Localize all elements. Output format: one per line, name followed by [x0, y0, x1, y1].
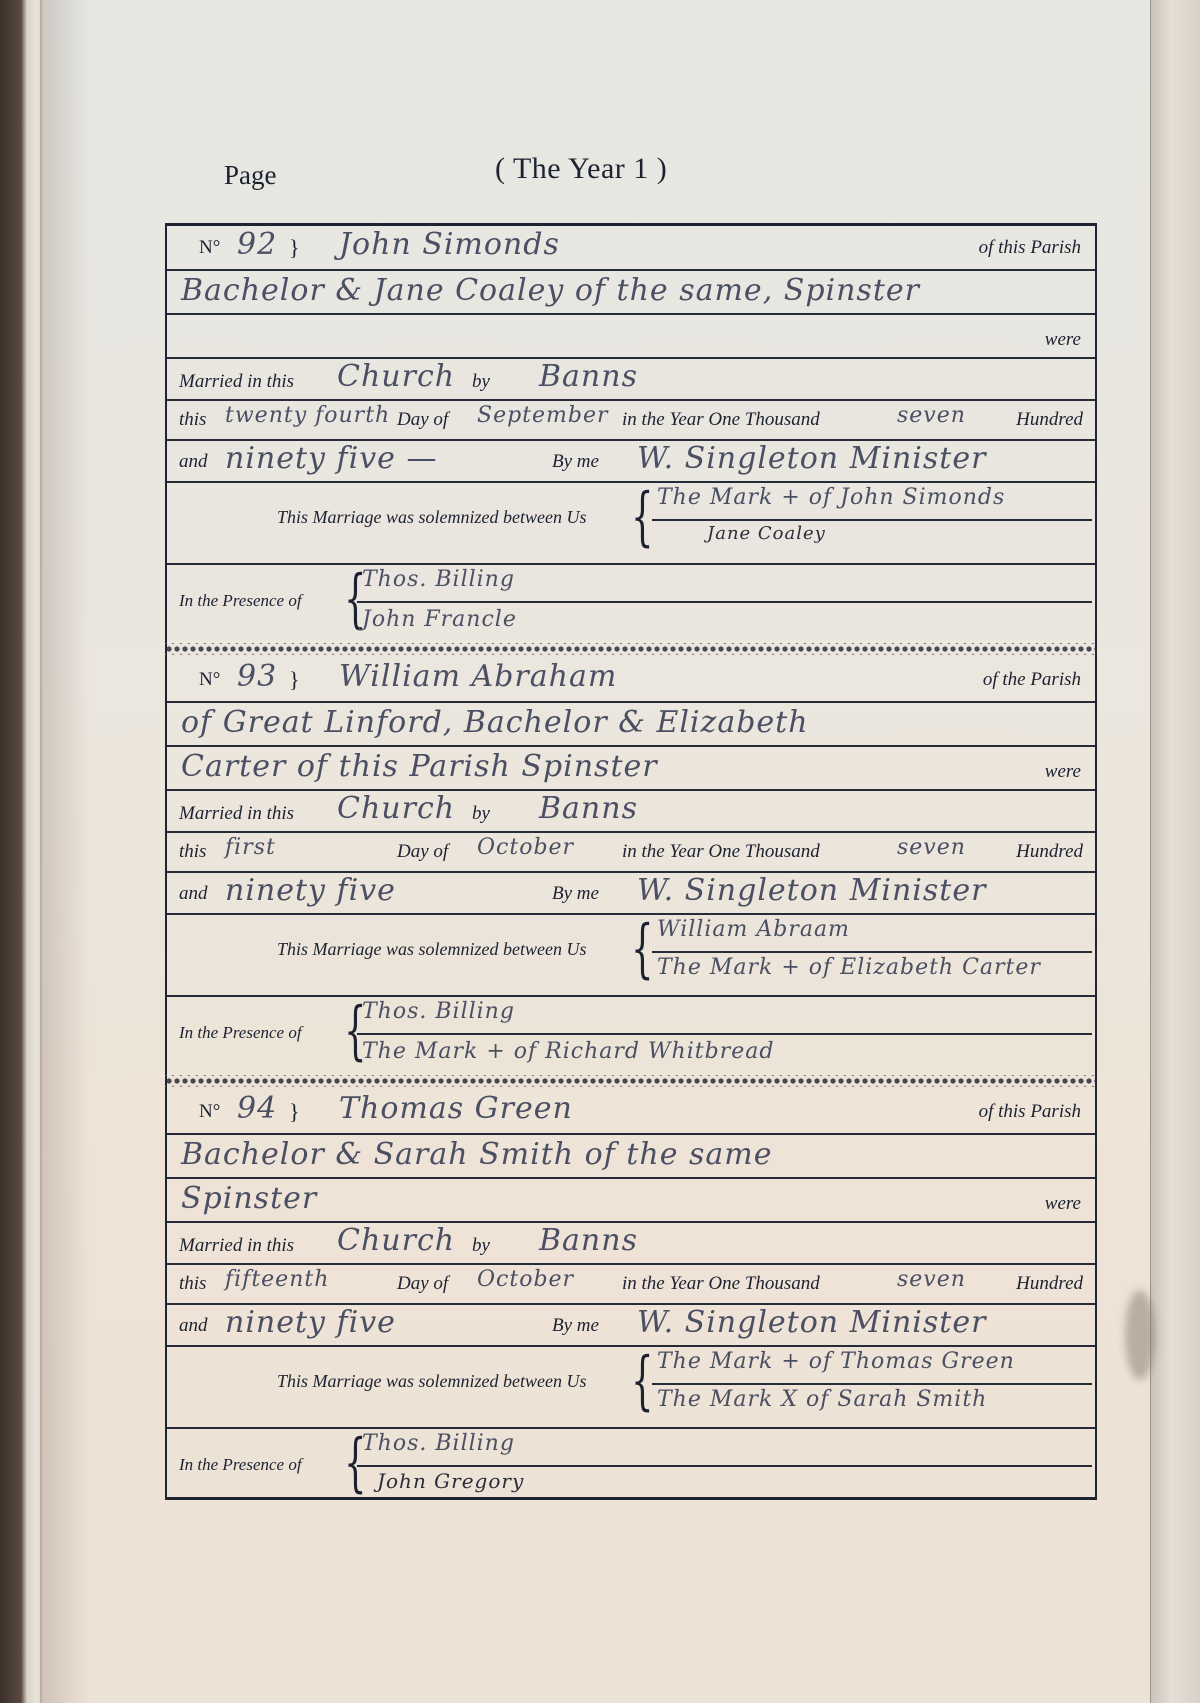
entry-number: 92: [237, 227, 277, 262]
signature-2: The Mark + of Elizabeth Carter: [657, 955, 1041, 980]
ornamental-divider: [165, 1075, 1097, 1087]
signature-divider: [652, 1383, 1092, 1385]
signature-2: The Mark X of Sarah Smith: [657, 1387, 987, 1412]
entry-header-row: N° 92 } John Simonds of this Parish: [167, 225, 1095, 271]
entry-header-row: N° 94 } Thomas Green of this Parish: [167, 1089, 1095, 1135]
parties-text: Bachelor & Sarah Smith of the same: [181, 1137, 772, 1172]
signature-2: Jane Coaley: [707, 523, 826, 544]
parties-continued-row: Spinster were: [167, 1177, 1095, 1223]
date-row: this fifteenth Day of October in the Yea…: [167, 1263, 1095, 1305]
by-label: by: [472, 371, 490, 393]
and-label: and: [179, 451, 208, 473]
day-value: first: [225, 835, 276, 860]
page-gutter-shadow: [40, 0, 90, 1703]
day-value: twenty fourth: [225, 403, 390, 428]
method-value: Banns: [539, 359, 638, 394]
century-value: seven: [897, 403, 966, 428]
minister-row: and ninety five By me W. Singleton Minis…: [167, 871, 1095, 915]
parties-row: Bachelor & Sarah Smith of the same: [167, 1133, 1095, 1179]
facing-page-edge: [1150, 0, 1200, 1703]
parties-continued-row: were: [167, 313, 1095, 359]
this-label: this: [179, 841, 206, 863]
place-value: Church: [337, 791, 455, 826]
hundred-label: Hundred: [1016, 1273, 1083, 1295]
presence-label: In the Presence of: [179, 591, 302, 611]
date-row: this first Day of October in the Year On…: [167, 831, 1095, 873]
witness-row: In the Presence of { Thos. Billing John …: [167, 1427, 1095, 1499]
parties-row: Bachelor & Jane Coaley of the same, Spin…: [167, 269, 1095, 315]
brace-mark: }: [289, 1099, 300, 1125]
number-prefix: N°: [199, 237, 220, 259]
groom-name: William Abraham: [339, 659, 617, 694]
parties-row: of Great Linford, Bachelor & Elizabeth: [167, 701, 1095, 747]
by-label: by: [472, 803, 490, 825]
minister-row: and ninety five By me W. Singleton Minis…: [167, 1303, 1095, 1347]
married-row: Married in this Church by Banns: [167, 789, 1095, 833]
were-label: were: [1045, 761, 1081, 783]
signature-divider: [652, 951, 1092, 953]
century-value: seven: [897, 835, 966, 860]
year-heading: ( The Year 1 ): [495, 152, 667, 186]
witness-1: Thos. Billing: [362, 567, 515, 592]
were-label: were: [1045, 329, 1081, 351]
ink-stain: [1125, 1290, 1155, 1380]
by-me-label: By me: [552, 451, 599, 473]
presence-label: In the Presence of: [179, 1023, 302, 1043]
married-row: Married in this Church by Banns: [167, 357, 1095, 401]
this-label: this: [179, 1273, 206, 1295]
month-value: September: [477, 403, 609, 428]
minister-row: and ninety five — By me W. Singleton Min…: [167, 439, 1095, 483]
parties-text-continued: Carter of this Parish Spinster: [181, 749, 658, 784]
place-value: Church: [337, 359, 455, 394]
and-label: and: [179, 1315, 208, 1337]
parish-label: of the Parish: [983, 669, 1081, 691]
witness-2: John Gregory: [377, 1469, 524, 1493]
signature-brace: {: [631, 485, 653, 549]
year-suffix-value: ninety five —: [225, 441, 437, 476]
day-of-label: Day of: [397, 1273, 448, 1295]
marriage-register-table: N° 92 } John Simonds of this Parish Bach…: [165, 225, 1097, 1500]
hundred-label: Hundred: [1016, 409, 1083, 431]
were-label: were: [1045, 1193, 1081, 1215]
married-row: Married in this Church by Banns: [167, 1221, 1095, 1265]
parties-text: Bachelor & Jane Coaley of the same, Spin…: [181, 273, 920, 308]
day-value: fifteenth: [225, 1267, 329, 1292]
parish-label: of this Parish: [979, 237, 1081, 259]
minister-signature: W. Singleton Minister: [637, 441, 986, 476]
number-prefix: N°: [199, 1101, 220, 1123]
parties-text: of Great Linford, Bachelor & Elizabeth: [181, 705, 809, 740]
by-me-label: By me: [552, 1315, 599, 1337]
date-row: this twenty fourth Day of September in t…: [167, 399, 1095, 441]
year-label: in the Year One Thousand: [622, 409, 820, 431]
witness-divider: [357, 601, 1092, 603]
minister-signature: W. Singleton Minister: [637, 873, 986, 908]
parties-text-continued: Spinster: [181, 1181, 317, 1216]
month-value: October: [477, 1267, 574, 1292]
married-in-label: Married in this: [179, 371, 294, 393]
solemnized-label: This Marriage was solemnized between Us: [277, 1371, 587, 1392]
by-me-label: By me: [552, 883, 599, 905]
and-label: and: [179, 883, 208, 905]
brace-mark: }: [289, 235, 300, 261]
day-of-label: Day of: [397, 841, 448, 863]
by-label: by: [472, 1235, 490, 1257]
parties-continued-row: Carter of this Parish Spinster were: [167, 745, 1095, 791]
married-in-label: Married in this: [179, 1235, 294, 1257]
parish-label: of this Parish: [979, 1101, 1081, 1123]
signature-1: William Abraam: [657, 917, 850, 942]
method-value: Banns: [539, 1223, 638, 1258]
month-value: October: [477, 835, 574, 860]
signature-brace: {: [631, 917, 653, 981]
day-of-label: Day of: [397, 409, 448, 431]
entry-number: 93: [237, 659, 277, 694]
year-suffix-value: ninety five: [225, 873, 396, 908]
witness-1: Thos. Billing: [362, 1431, 515, 1456]
witness-row: In the Presence of { Thos. Billing John …: [167, 563, 1095, 641]
groom-name: Thomas Green: [339, 1091, 573, 1126]
brace-mark: }: [289, 667, 300, 693]
witness-divider: [357, 1033, 1092, 1035]
solemnized-label: This Marriage was solemnized between Us: [277, 507, 587, 528]
witness-1: Thos. Billing: [362, 999, 515, 1024]
solemnized-label: This Marriage was solemnized between Us: [277, 939, 587, 960]
this-label: this: [179, 409, 206, 431]
witness-2: The Mark + of Richard Whitbread: [362, 1039, 774, 1064]
groom-name: John Simonds: [339, 227, 560, 262]
register-bottom-rule: [165, 1497, 1097, 1500]
entry-number: 94: [237, 1091, 277, 1126]
solemnized-row: This Marriage was solemnized between Us …: [167, 481, 1095, 565]
solemnized-row: This Marriage was solemnized between Us …: [167, 1345, 1095, 1429]
year-label: in the Year One Thousand: [622, 841, 820, 863]
place-value: Church: [337, 1223, 455, 1258]
married-in-label: Married in this: [179, 803, 294, 825]
signature-brace: {: [631, 1349, 653, 1413]
year-suffix-value: ninety five: [225, 1305, 396, 1340]
century-value: seven: [897, 1267, 966, 1292]
signature-1: The Mark + of Thomas Green: [657, 1349, 1015, 1374]
year-label: in the Year One Thousand: [622, 1273, 820, 1295]
signature-1: The Mark + of John Simonds: [657, 485, 1005, 510]
witness-divider: [357, 1465, 1092, 1467]
page-label: Page: [224, 160, 276, 191]
method-value: Banns: [539, 791, 638, 826]
ornamental-divider: [165, 643, 1097, 655]
solemnized-row: This Marriage was solemnized between Us …: [167, 913, 1095, 997]
entry-header-row: N° 93 } William Abraham of the Parish: [167, 657, 1095, 703]
witness-row: In the Presence of { Thos. Billing The M…: [167, 995, 1095, 1073]
minister-signature: W. Singleton Minister: [637, 1305, 986, 1340]
number-prefix: N°: [199, 669, 220, 691]
hundred-label: Hundred: [1016, 841, 1083, 863]
signature-divider: [652, 519, 1092, 521]
witness-2: John Francle: [362, 607, 517, 632]
presence-label: In the Presence of: [179, 1455, 302, 1475]
